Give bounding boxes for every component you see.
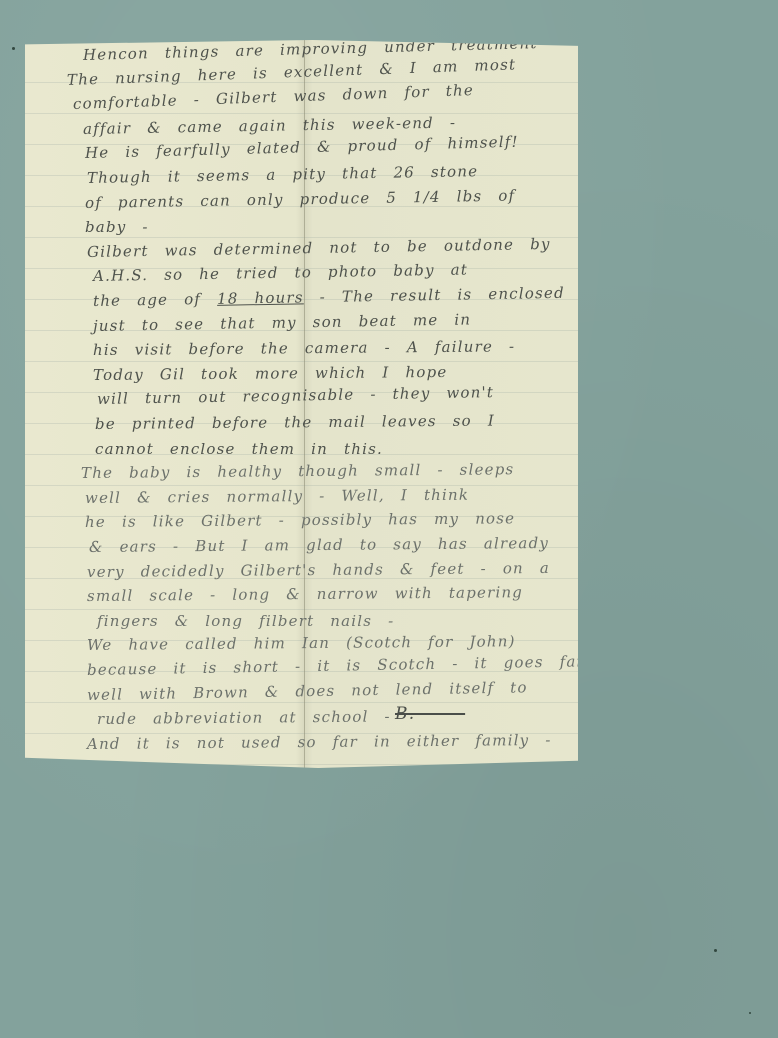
letter-line: he is like Gilbert - possibly has my nos… xyxy=(85,510,515,532)
letter-line: fingers & long filbert nails - xyxy=(97,612,394,630)
letter-line: well with Brown & does not lend itself t… xyxy=(87,678,528,704)
letter-line: well & cries normally - Well, I think xyxy=(85,485,469,506)
background-speck xyxy=(749,1012,751,1014)
letter-line: A.H.S. so he tried to photo baby at xyxy=(93,261,468,286)
letter-line: rude abbreviation at school - xyxy=(97,708,391,729)
letter-line: Today Gil took more which I hope xyxy=(93,363,448,384)
letter-line: his visit before the camera - A failure … xyxy=(93,338,515,360)
letter-line: because it is short - it is Scotch - it … xyxy=(87,652,607,679)
letter-line: will turn out recognisable - they won't xyxy=(97,383,494,408)
letter-line: baby - xyxy=(85,218,149,236)
letter-line: be printed before the mail leaves so I xyxy=(95,412,495,433)
letter-line: Though it seems a pity that 26 stone xyxy=(87,162,479,187)
letter-line: the age of 18 hours - The result is encl… xyxy=(93,284,565,310)
letter-line: of parents can only produce 5 1/4 lbs of xyxy=(85,186,516,212)
letter-body: Hencon things are improving under treatm… xyxy=(25,40,578,768)
background-speck xyxy=(12,47,15,50)
letter-line: & ears - But I am glad to say has alread… xyxy=(89,534,549,556)
letter-line: We have called him Ian (Scotch for John) xyxy=(87,633,516,655)
letter-line: very decidedly Gilbert's hands & feet - … xyxy=(87,559,550,581)
letter-line: small scale - long & narrow with taperin… xyxy=(87,583,523,605)
letter-line: just to see that my son beat me in xyxy=(93,310,472,335)
letter-page: Hencon things are improving under treatm… xyxy=(25,40,578,768)
letter-line: And it is not used so far in either fami… xyxy=(87,731,552,753)
signature: B. xyxy=(395,704,465,724)
letter-line: cannot enclose them in this. xyxy=(95,440,383,458)
letter-line: affair & came again this week-end - xyxy=(83,113,456,138)
underlined-text: 18 hours xyxy=(217,288,304,308)
letter-line: Gilbert was determined not to be outdone… xyxy=(87,235,551,261)
letter-line: He is fearfully elated & proud of himsel… xyxy=(85,133,519,162)
background-speck xyxy=(714,949,717,952)
letter-line: The baby is healthy though small - sleep… xyxy=(81,460,515,482)
